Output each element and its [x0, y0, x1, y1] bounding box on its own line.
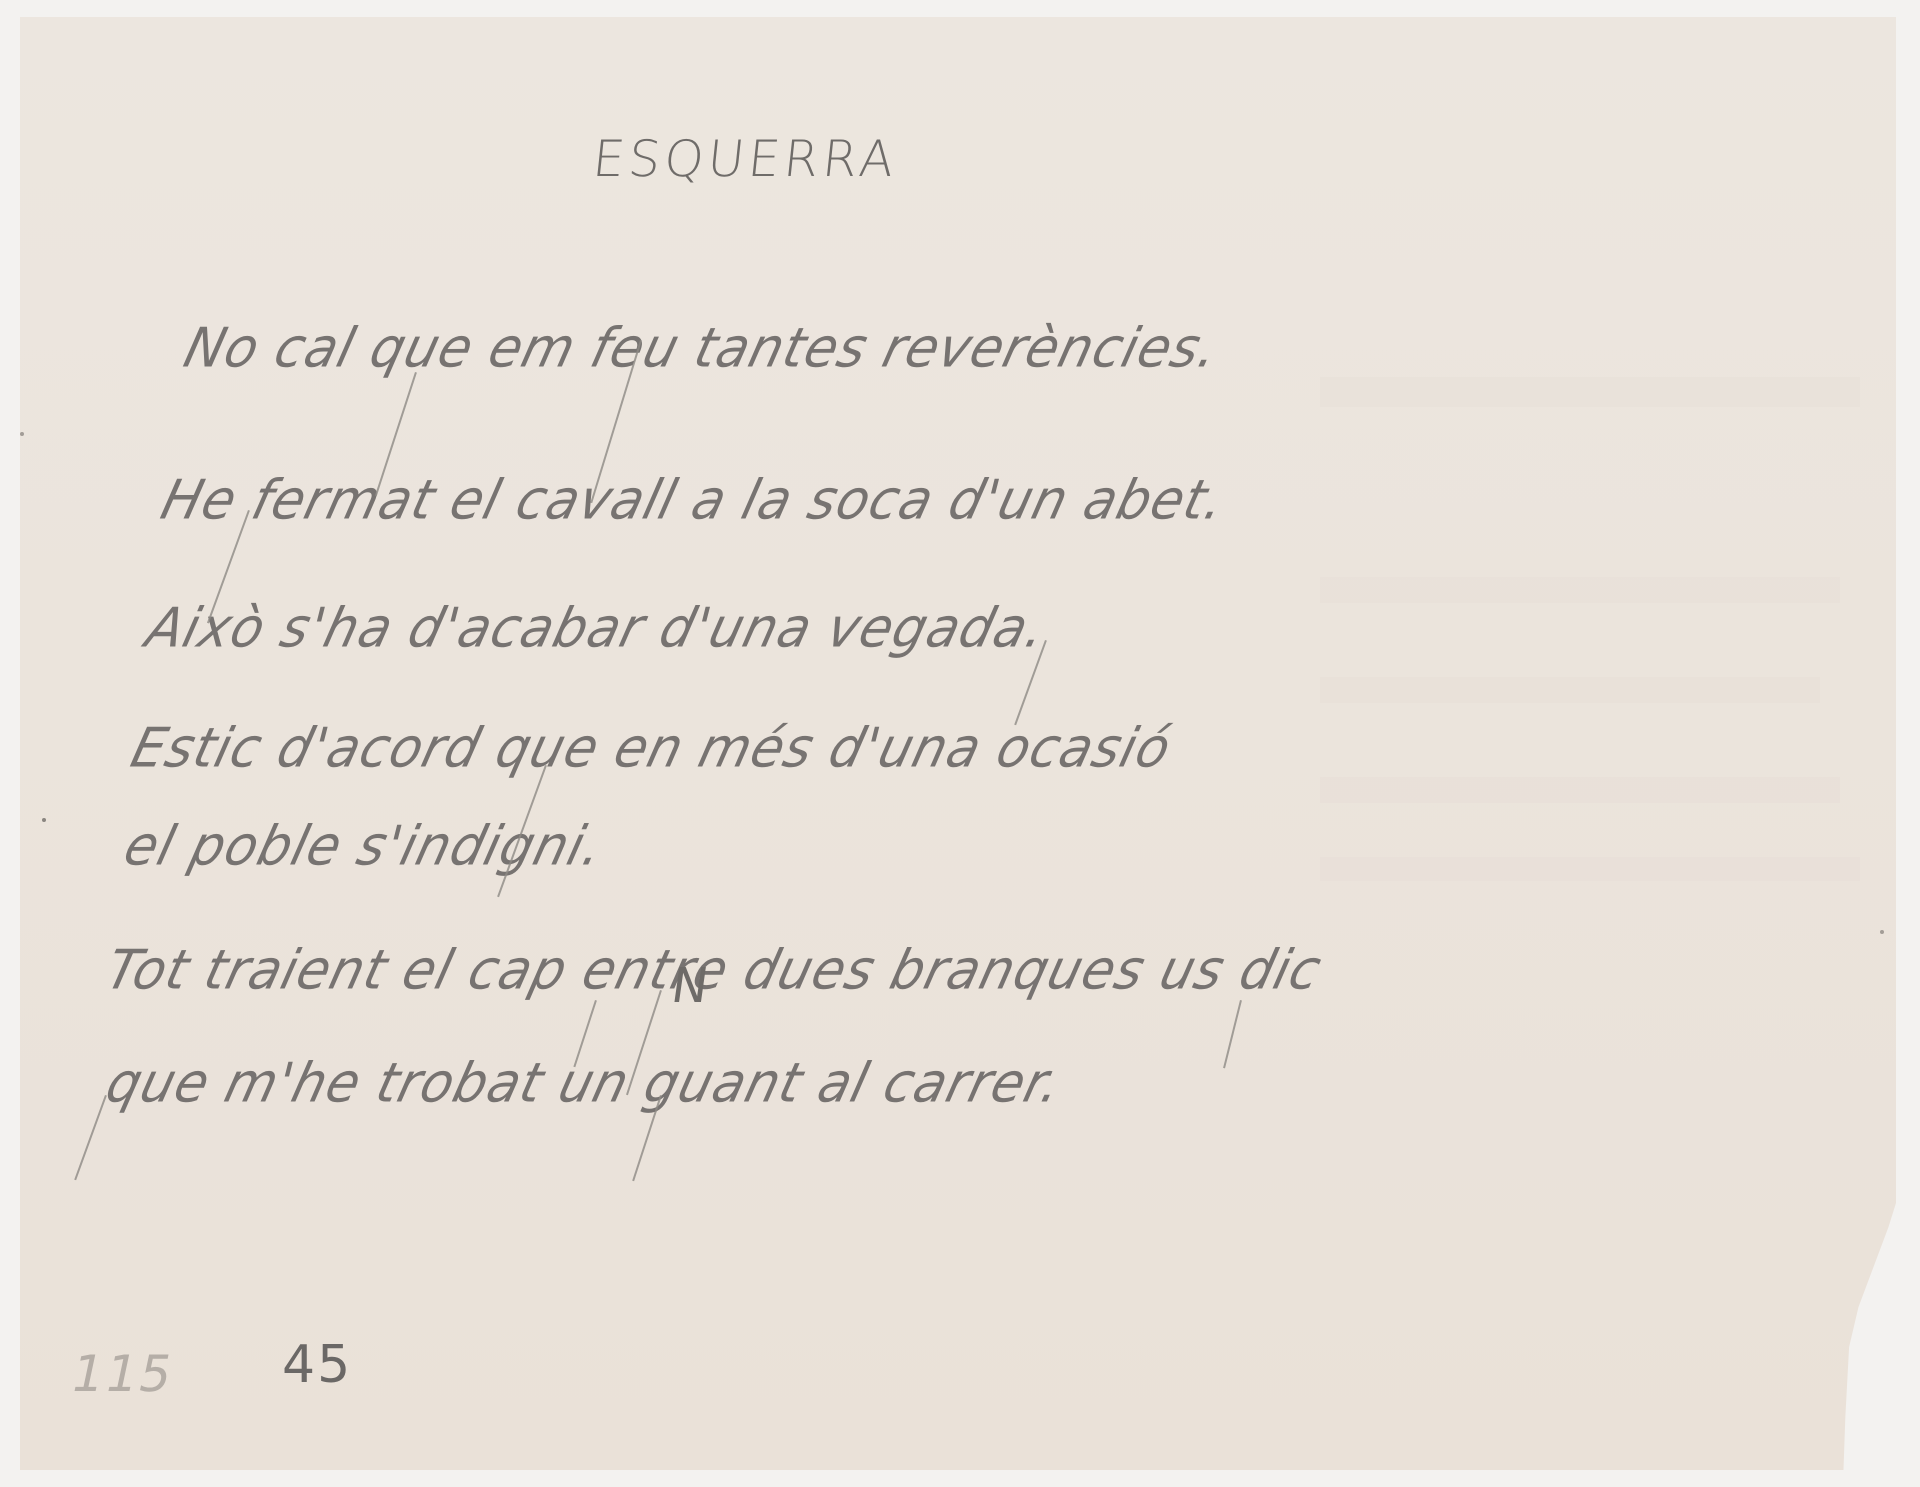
- pencil-speck: [1880, 930, 1884, 934]
- archive-number-faint: 115: [66, 1345, 180, 1403]
- pencil-speck: [20, 432, 24, 436]
- bleed-through-text: [1320, 377, 1860, 407]
- poem-line-5: el poble s'indigni.: [118, 815, 610, 878]
- bleed-through-text: [1320, 777, 1840, 803]
- poem-line-2: He fermat el cavall a la soca d'un abet.: [155, 469, 1232, 532]
- bleed-through-text: [1320, 577, 1840, 603]
- poem-title: ESQUERRA: [590, 130, 901, 188]
- bleed-through-text: [1320, 677, 1820, 703]
- bleed-through-text: [1320, 857, 1860, 881]
- poem-line-7: que m'he trobat un guant al carrer.: [100, 1052, 1068, 1115]
- poem-line-4: Estic d'acord que en més d'una ocasió: [125, 717, 1178, 780]
- pencil-speck: [42, 818, 46, 822]
- poem-line-3: Això s'ha d'acabar d'una vegada.: [140, 597, 1053, 660]
- bleed-through-text: [1250, 137, 1364, 183]
- page-number: 45: [282, 1335, 352, 1395]
- poem-line-1: No cal que em feu tantes reverències.: [178, 317, 1225, 380]
- poem-line-6: Tot traient el cap entre dues branques u…: [100, 939, 1328, 1002]
